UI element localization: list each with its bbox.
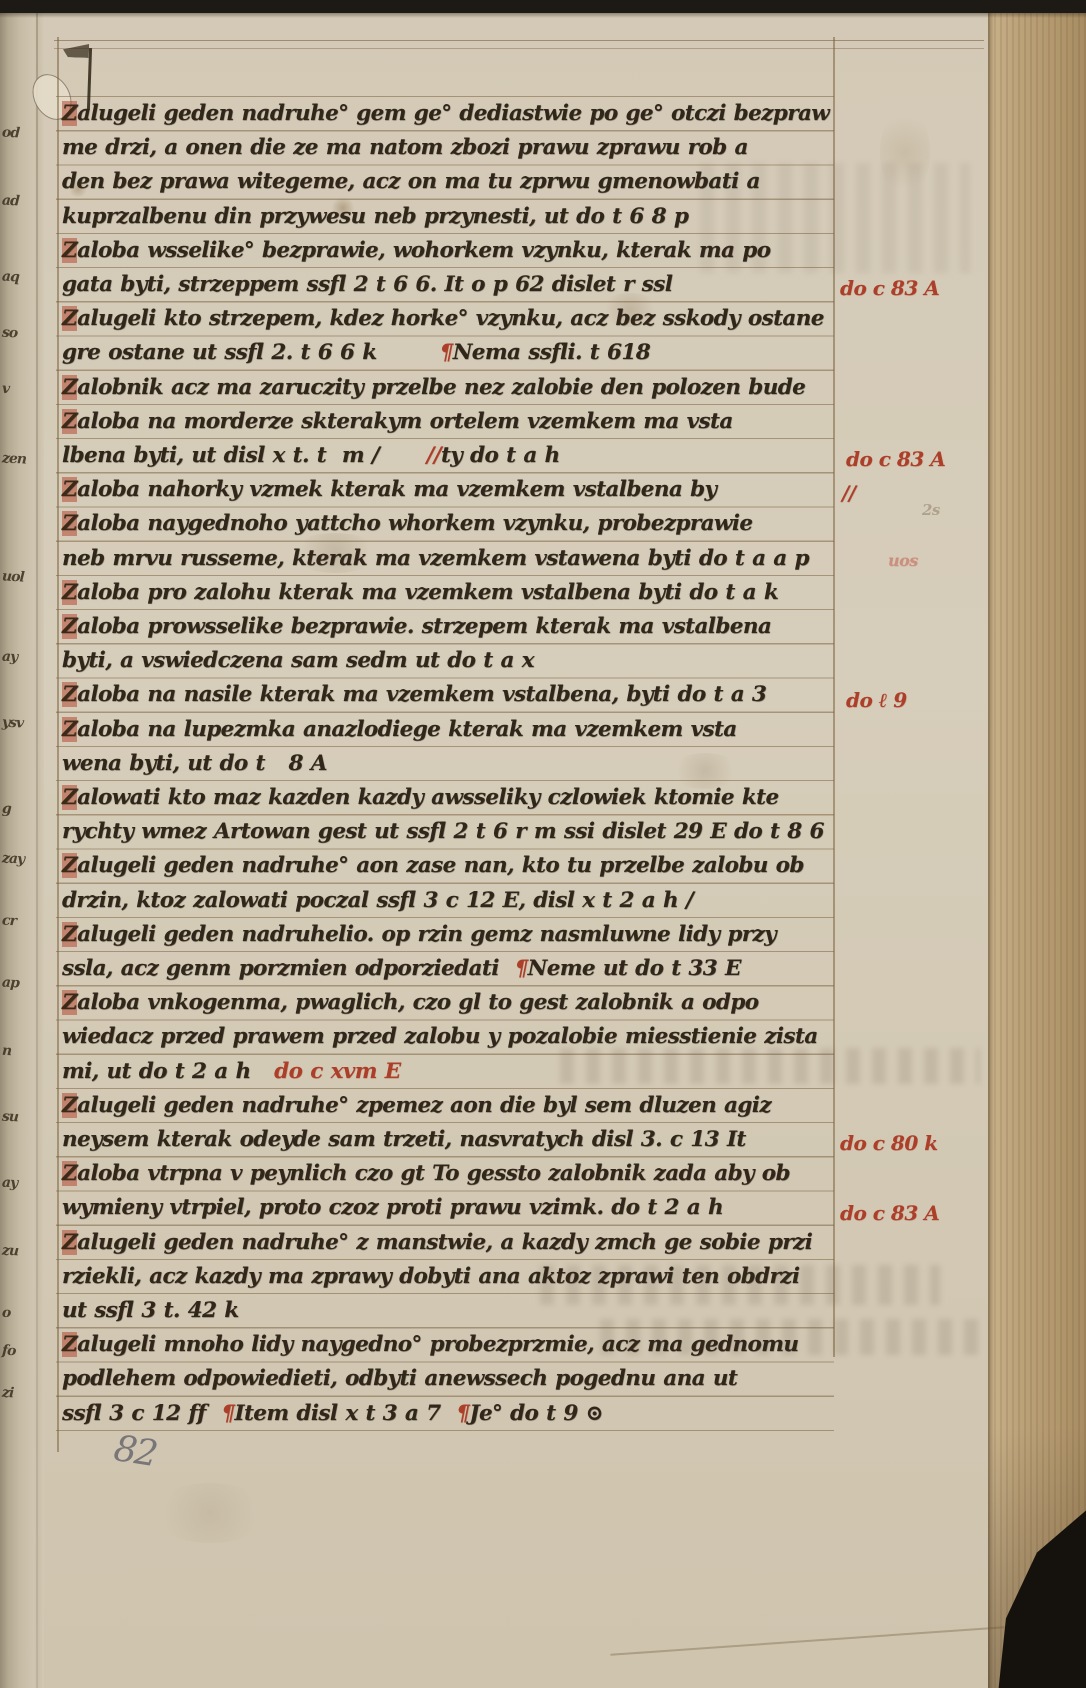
- manuscript-line: Zaloba wsselike° bezprawie, wohorkem vzy…: [62, 234, 770, 268]
- text-segment: wena byti, ut do t 8 A: [62, 751, 327, 776]
- manuscript-line: gre ostane ut ssfl 2. t 6 6 k ¶Nema ssfl…: [62, 336, 650, 370]
- gutter-text-fragment: fo: [2, 1343, 16, 1360]
- text-segment: Zalugeli geden nadruhe° aon zase nan, kt…: [62, 853, 804, 878]
- manuscript-line: Zalugeli mnoho lidy naygedno° probezprzm…: [62, 1328, 798, 1362]
- text-segment: Zaloba prowsselike bezprawie. strzepem k…: [62, 614, 771, 639]
- manuscript-line: Zaloba na lupezmka anazlodiege kterak ma…: [62, 713, 737, 747]
- gutter-text-fragment: cr: [2, 913, 17, 930]
- text-segment: Je° do t 9 ⊙: [469, 1401, 603, 1426]
- rubric-segment: ¶: [456, 1401, 469, 1426]
- margin-citation: ∕∕: [842, 481, 856, 505]
- manuscript-line: Zaloba nahorky vzmek kterak ma vzemkem v…: [62, 473, 716, 507]
- manuscript-line: lbena byti, ut disl x t. t m ∕ ∕∕ty do t…: [62, 439, 560, 473]
- manuscript-line: Zaloba na nasile kterak ma vzemkem vstal…: [62, 678, 766, 712]
- manuscript-line: Zaloba vtrpna v peynlich czo gt To gesst…: [62, 1157, 790, 1191]
- gutter-text-fragment: zen: [2, 450, 27, 467]
- folio-number-pencil: 82: [111, 1428, 159, 1475]
- text-segment: Zaloba na nasile kterak ma vzemkem vstal…: [62, 682, 766, 707]
- manuscript-line: Zalugeli geden nadruhe° aon zase nan, kt…: [62, 849, 804, 883]
- text-segment: ty do t a h: [441, 443, 560, 468]
- manuscript-line: Zalugeli geden nadruhe° zpemez aon die b…: [62, 1089, 771, 1123]
- margin-citation: do ℓ 9: [846, 688, 907, 713]
- text-segment: wiedacz przed prawem przed zalobu y poza…: [62, 1024, 818, 1049]
- margin-citation: do c 83 A: [840, 276, 939, 300]
- manuscript-line: Zaloba na morderze skterakym ortelem vze…: [62, 405, 733, 439]
- text-segment: lbena byti, ut disl x t. t m ∕: [62, 443, 426, 468]
- manuscript-line: Zalugeli geden nadruhelio. op rzin gemz …: [62, 918, 776, 952]
- text-segment: Zaloba wsselike° bezprawie, wohorkem vzy…: [62, 238, 770, 263]
- rubric-segment: ¶: [440, 340, 453, 365]
- manuscript-line: Zalobnik acz ma zaruczity przelbe nez za…: [62, 371, 805, 405]
- manuscript-line: ssla, acz genm porzmien odporziedati ¶Ne…: [62, 952, 741, 986]
- text-segment: drzin, ktoz zalowati poczal ssfl 3 c 12 …: [62, 888, 693, 913]
- manuscript-line: wena byti, ut do t 8 A: [62, 747, 327, 781]
- text-segment: Item disl x t 3 a 7: [235, 1401, 457, 1426]
- text-segment: Zalugeli geden nadruhelio. op rzin gemz …: [62, 922, 776, 947]
- manuscript-line: Zalugeli kto strzepem, kdez horke° vzynk…: [62, 302, 824, 336]
- text-segment: Zaloba nahorky vzmek kterak ma vzemkem v…: [62, 477, 716, 502]
- manuscript-line: Zaloba vnkogenma, pwaglich, czo gl to ge…: [62, 986, 759, 1020]
- manuscript-line: den bez prawa witegeme, acz on ma tu zpr…: [62, 165, 760, 199]
- gutter-text-fragment: aq: [2, 269, 20, 286]
- manuscript-line: neysem kterak odeyde sam trzeti, nasvrat…: [62, 1123, 746, 1157]
- manuscript-line: Zalugeli geden nadruhe° gem ge° dediastw…: [62, 97, 829, 131]
- manuscript-line: podlehem odpowiedieti, odbyti anewssech …: [62, 1362, 737, 1396]
- gutter-text-fragment: ay: [2, 1175, 18, 1192]
- rubric-segment: ¶: [515, 956, 528, 981]
- text-segment: podlehem odpowiedieti, odbyti anewssech …: [62, 1366, 737, 1391]
- gutter-text-fragment: zay: [2, 850, 25, 867]
- manuscript-line: Zalowati kto maz kazden kazdy awsseliky …: [62, 781, 779, 815]
- gutter-text-fragment: ysv: [2, 714, 24, 731]
- margin-citation: do c 83 A: [840, 1201, 939, 1225]
- book-fore-edge: [988, 13, 1086, 1688]
- gutter-text-fragment: ap: [2, 975, 20, 992]
- manuscript-line: rychty wmez Artowan gest ut ssfl 2 t 6 r…: [62, 815, 824, 849]
- text-segment: Zalugeli geden nadruhe° z manstwie, a ka…: [62, 1230, 812, 1255]
- text-segment: Zalugeli geden nadruhe° zpemez aon die b…: [62, 1093, 771, 1118]
- text-segment: kuprzalbenu din przywesu neb przynesti, …: [62, 204, 688, 229]
- text-segment: Zaloba na lupezmka anazlodiege kterak ma…: [62, 717, 737, 742]
- text-segment: neysem kterak odeyde sam trzeti, nasvrat…: [62, 1127, 746, 1152]
- text-segment: neb mrvu russeme, kterak ma vzemkem vsta…: [62, 546, 809, 571]
- text-segment: Neme ut do t 33 E: [528, 956, 741, 981]
- margin-citation: do c 83 A: [846, 447, 945, 471]
- gutter-text-fragment: od: [2, 125, 20, 142]
- manuscript-line: neb mrvu russeme, kterak ma vzemkem vsta…: [62, 542, 809, 576]
- manuscript-line: mi, ut do t 2 a h do c xvm E: [62, 1055, 401, 1089]
- text-segment: byti, a vswiedczena sam sedm ut do t a x: [62, 648, 534, 673]
- text-segment: rychty wmez Artowan gest ut ssfl 2 t 6 r…: [62, 819, 824, 844]
- gutter-text-fragment: su: [2, 1109, 19, 1126]
- text-segment: Zalugeli kto strzepem, kdez horke° vzynk…: [62, 306, 824, 331]
- text-segment: me drzi, a onen die ze ma natom zbozi pr…: [62, 135, 748, 160]
- text-segment: Zalugeli mnoho lidy naygedno° probezprzm…: [62, 1332, 798, 1357]
- text-segment: Nema ssfli. t 618: [453, 340, 650, 365]
- manuscript-line: wymieny vtrpiel, proto czoz proti prawu …: [62, 1191, 723, 1225]
- manuscript-line: Zaloba prowsselike bezprawie. strzepem k…: [62, 610, 771, 644]
- text-segment: Zalowati kto maz kazden kazdy awsseliky …: [62, 785, 779, 810]
- parchment-page: Zalugeli geden nadruhe° gem ge° dediastw…: [40, 13, 988, 1688]
- text-block: Zalugeli geden nadruhe° gem ge° dediastw…: [40, 13, 988, 1688]
- manuscript-line: Zaloba pro zalohu kterak ma vzemkem vsta…: [62, 576, 778, 610]
- gutter-text-fragment: o: [2, 1305, 11, 1321]
- gutter-text-fragment: zu: [2, 1243, 19, 1260]
- text-segment: Zaloba naygednoho yattcho whorkem vzynku…: [62, 511, 752, 536]
- text-segment: ssfl 3 c 12 ff: [62, 1401, 221, 1426]
- gutter-text-fragment: v: [2, 381, 10, 397]
- gutter-text-fragment: so: [2, 325, 18, 342]
- text-segment: wymieny vtrpiel, proto czoz proti prawu …: [62, 1195, 723, 1220]
- text-segment: Zaloba na morderze skterakym ortelem vze…: [62, 409, 733, 434]
- gutter-text-fragment: n: [2, 1043, 12, 1059]
- binding-gutter: odadaqsovzenuolayysvgzaycrapnsuayzuofozi: [0, 13, 44, 1688]
- text-segment: Zaloba pro zalohu kterak ma vzemkem vsta…: [62, 580, 778, 605]
- rubric-segment: do c xvm E: [274, 1059, 400, 1084]
- text-segment: gata byti, strzeppem ssfl 2 t 6 6. It o …: [62, 272, 672, 297]
- gutter-text-fragment: ay: [2, 649, 18, 666]
- margin-citation: do c 80 k: [840, 1131, 938, 1155]
- manuscript-line: byti, a vswiedczena sam sedm ut do t a x: [62, 644, 534, 678]
- text-segment: ssla, acz genm porzmien odporziedati: [62, 956, 515, 981]
- manuscript-scan: odadaqsovzenuolayysvgzaycrapnsuayzuofozi…: [0, 0, 1086, 1688]
- text-segment: Zalugeli geden nadruhe° gem ge° dediastw…: [62, 101, 829, 126]
- manuscript-line: me drzi, a onen die ze ma natom zbozi pr…: [62, 131, 748, 165]
- manuscript-line: ut ssfl 3 t. 42 k: [62, 1294, 239, 1328]
- text-segment: Zaloba vtrpna v peynlich czo gt To gesst…: [62, 1161, 790, 1186]
- gutter-text-fragment: zi: [2, 1385, 14, 1402]
- text-segment: gre ostane ut ssfl 2. t 6 6 k: [62, 340, 440, 365]
- text-segment: Zalobnik acz ma zaruczity przelbe nez za…: [62, 375, 805, 400]
- text-segment: Zaloba vnkogenma, pwaglich, czo gl to ge…: [62, 990, 759, 1015]
- gutter-text-fragment: ad: [2, 193, 20, 210]
- manuscript-line: kuprzalbenu din przywesu neb przynesti, …: [62, 200, 688, 234]
- manuscript-line: Zaloba naygednoho yattcho whorkem vzynku…: [62, 507, 752, 541]
- text-segment: rziekli, acz kazdy ma zprawy dobyti ana …: [62, 1264, 799, 1289]
- text-segment: den bez prawa witegeme, acz on ma tu zpr…: [62, 169, 760, 194]
- manuscript-line: wiedacz przed prawem przed zalobu y poza…: [62, 1020, 818, 1054]
- text-segment: mi, ut do t 2 a h: [62, 1059, 274, 1084]
- top-edge-shadow: [0, 0, 1086, 13]
- margin-citation: 2s: [922, 501, 940, 519]
- manuscript-line: drzin, ktoz zalowati poczal ssfl 3 c 12 …: [62, 884, 693, 918]
- text-segment: ut ssfl 3 t. 42 k: [62, 1298, 239, 1323]
- gutter-text-fragment: uol: [2, 568, 25, 585]
- gutter-text-fragment: g: [2, 801, 12, 817]
- manuscript-line: Zalugeli geden nadruhe° z manstwie, a ka…: [62, 1226, 812, 1260]
- manuscript-line: gata byti, strzeppem ssfl 2 t 6 6. It o …: [62, 268, 672, 302]
- manuscript-line: ssfl 3 c 12 ff ¶Item disl x t 3 a 7 ¶Je°…: [62, 1397, 603, 1431]
- manuscript-line: rziekli, acz kazdy ma zprawy dobyti ana …: [62, 1260, 799, 1294]
- rubric-segment: ¶: [221, 1401, 234, 1426]
- margin-citation: uos: [888, 551, 918, 570]
- rubric-segment: ∕∕: [426, 443, 441, 468]
